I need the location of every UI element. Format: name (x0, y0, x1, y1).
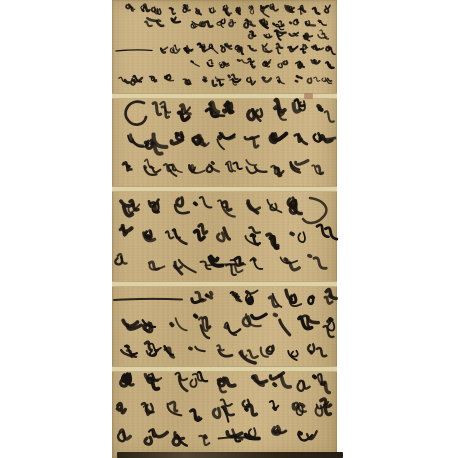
collector-seal-icon (304, 93, 313, 99)
sheet-seam (112, 366, 337, 372)
sheet-seam (112, 186, 337, 192)
sheet-seam (112, 281, 337, 287)
artwork-photo (0, 0, 458, 458)
paper-bottom-edge (117, 452, 343, 458)
calligraphy-paper (112, 0, 337, 458)
